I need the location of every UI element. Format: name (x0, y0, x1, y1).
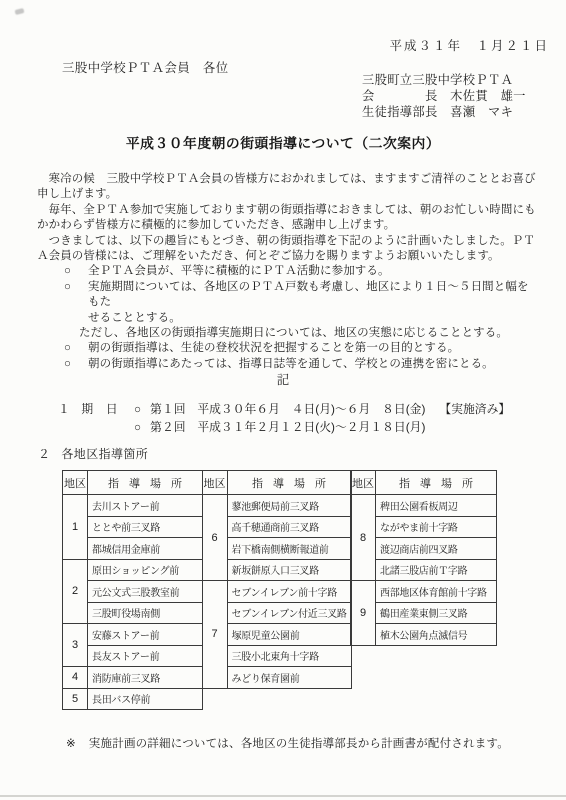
circle-bullet-icon: ○ (134, 420, 141, 434)
sender-block: 三股町立三股中学校ＰＴＡ 会 長 木佐貫 雄一 生徒指導部長 喜瀬 マキ (362, 73, 526, 120)
place-cell: 渡辺商店前四叉路 (376, 538, 497, 560)
place-cell: 原田ショッピング前 (88, 559, 203, 581)
round-status-note: 【実施済み】 (439, 402, 510, 416)
sender-president: 会 長 木佐貫 雄一 (362, 89, 526, 103)
place-cell: 消防庫前三叉路 (88, 667, 203, 689)
district-table-3: 地区指導場所8稗田公園看板周辺ながやま前十字路渡辺商店前四叉路北諸三股店前Ｔ字路… (350, 470, 497, 646)
body-text: 寒冷の候 三股中学校ＰＴＡ会員の皆様方におかれましては、ますますご清祥のこととお… (37, 172, 537, 372)
bullet-item: ○ 実施期間については、各地区のＰＴＡ戸数も考慮し、地区により１日～５日間と幅を… (37, 280, 537, 326)
table-row: 5長田バス停前 (63, 688, 203, 710)
round-text: 第１回 平成３０年６月 ４日(月)～６月 ８日(金) (150, 402, 425, 416)
place-cell: ととや前三叉路 (88, 516, 203, 538)
body-paragraph: つきましては、以下の趣旨にもとづき、朝の街頭指導を下記のように計画いたしました。… (37, 234, 537, 265)
table-header-row: 地区指導場所 (202, 471, 351, 495)
schedule-label: 期 日 (81, 402, 118, 416)
district-number: 8 (351, 495, 376, 581)
table-row: 4消防庫前三叉路 (63, 667, 203, 689)
table-header-row: 地区指導場所 (63, 471, 203, 495)
circle-bullet-icon: ○ (64, 280, 71, 295)
place-cell: 鶴田産業東側三叉路 (376, 602, 497, 624)
place-cell: セブンイレブン前十字路 (227, 581, 351, 603)
district-number: 9 (351, 581, 376, 646)
body-paragraph: 毎年、全ＰＴＡ参加で実施しております朝の街頭指導におきましては、朝のお忙しい時間… (37, 203, 537, 234)
scan-bottom-edge (0, 795, 566, 797)
place-cell: 植木公園角点滅信号 (376, 624, 497, 646)
schedule-round: ○第２回 平成３１年２月１２日(火)～２月１８日(月) (134, 418, 510, 436)
place-cell: みどり保育園前 (227, 667, 351, 689)
bullet-text: 実施期間については、各地区のＰＴＡ戸数も考慮し、地区により１日～５日間と幅をもた… (88, 280, 537, 326)
place-cell: セブンイレブン付近三叉路 (227, 602, 351, 624)
district-number: 7 (202, 581, 227, 689)
circle-bullet-icon: ○ (134, 402, 141, 416)
district-table-1: 地区指導場所1去川ストアー前ととや前三叉路都城信用金庫前2原田ショッピング前元公… (62, 470, 203, 710)
table-header-district: 地区 (202, 471, 227, 495)
district-number: 2 (63, 559, 88, 624)
place-cell: 北諸三股店前Ｔ字路 (376, 559, 497, 581)
scanned-document-page: 平成３１年 １月２１日 三股中学校ＰＴＡ会員 各位 三股町立三股中学校ＰＴＡ 会… (0, 0, 566, 800)
scan-speck (15, 8, 25, 15)
table-header-row: 地区指導場所 (351, 471, 497, 495)
place-cell: 長友ストアー前 (88, 645, 203, 667)
place-cell: 三股町役場南側 (88, 602, 203, 624)
district-number: 1 (63, 495, 88, 560)
place-cell: 都城信用金庫前 (88, 538, 203, 560)
place-cell: ながやま前十字路 (376, 516, 497, 538)
guidance-locations-tables: 地区指導場所1去川ストアー前ととや前三叉路都城信用金庫前2原田ショッピング前元公… (62, 470, 497, 710)
table-row: 8稗田公園看板周辺 (351, 495, 497, 517)
district-number: 6 (202, 495, 227, 581)
schedule-round: ○第１回 平成３０年６月 ４日(月)～６月 ８日(金)【実施済み】 (134, 400, 510, 418)
schedule-heading: １期 日 (58, 400, 134, 436)
bullet-text: 朝の街頭指導は、生徒の登校状況を把握することを第一の目的とする。 (88, 341, 537, 356)
table-row: 3安藤ストアー前 (63, 624, 203, 646)
date-line: 平成３１年 １月２１日 (389, 36, 549, 54)
district-table-2: 地区指導場所6蓼池郵便局前三叉路高千穂通商前三叉路岩下橋南側横断報道前新坂餅原入… (202, 470, 352, 689)
footnote: ※実施計画の詳細については、各地区の生徒指導部長から計画書が配付されます。 (66, 735, 509, 751)
place-cell: 三股小北東角十字路 (227, 645, 351, 667)
body-paragraph: 寒冷の候 三股中学校ＰＴＡ会員の皆様方におかれましては、ますますご清祥のこととお… (37, 172, 537, 203)
locations-label: 各地区指導箇所 (61, 447, 148, 461)
district-number: 3 (63, 624, 88, 667)
table-header-place: 指導場所 (88, 471, 203, 495)
footnote-text: 実施計画の詳細については、各地区の生徒指導部長から計画書が配付されます。 (89, 738, 509, 750)
place-cell: 塚原児童公園前 (227, 624, 351, 646)
circle-bullet-icon: ○ (64, 341, 71, 356)
table-row: 7セブンイレブン前十字路 (202, 581, 351, 603)
place-cell: 安藤ストアー前 (88, 624, 203, 646)
schedule-number: １ (58, 402, 70, 416)
locations-heading: ２各地区指導箇所 (38, 445, 148, 462)
place-cell: 西部地区体育館前十字路 (376, 581, 497, 603)
reference-mark-icon: ※ (66, 738, 76, 750)
document-title: 平成３０年度朝の街頭指導について（二次案内） (0, 132, 566, 152)
table-row: 2原田ショッピング前 (63, 559, 203, 581)
table-row: 6蓼池郵便局前三叉路 (202, 495, 351, 517)
schedule-section: １期 日 ○第１回 平成３０年６月 ４日(月)～６月 ８日(金)【実施済み】 ○… (58, 400, 510, 436)
locations-number: ２ (38, 447, 50, 461)
place-cell: 元公文式三股教室前 (88, 581, 203, 603)
place-cell: 蓼池郵便局前三叉路 (227, 495, 351, 517)
bullet-text: 全ＰＴＡ会員が、平等に積極的にＰＴＡ活動に参加する。 (88, 264, 537, 279)
place-cell: 新坂餅原入口三叉路 (227, 559, 351, 581)
recipient-line: 三股中学校ＰＴＡ会員 各位 (62, 58, 228, 76)
table-header-place: 指導場所 (376, 471, 497, 495)
round-text: 第２回 平成３１年２月１２日(火)～２月１８日(月) (150, 420, 425, 434)
table-header-place: 指導場所 (227, 471, 351, 495)
sender-organization: 三股町立三股中学校ＰＴＡ (362, 73, 513, 87)
record-marker: 記 (0, 370, 566, 388)
table-header-district: 地区 (63, 471, 88, 495)
schedule-rounds: ○第１回 平成３０年６月 ４日(月)～６月 ８日(金)【実施済み】 ○第２回 平… (134, 400, 510, 436)
district-number: 4 (63, 667, 88, 689)
place-cell: 高千穂通商前三叉路 (227, 516, 351, 538)
table-row: 1去川ストアー前 (63, 495, 203, 517)
table-header-district: 地区 (351, 471, 376, 495)
bullet-item: ○ 朝の街頭指導は、生徒の登校状況を把握することを第一の目的とする。 (37, 341, 537, 356)
place-cell: 去川ストアー前 (88, 495, 203, 517)
sender-director: 生徒指導部長 喜瀬 マキ (362, 105, 513, 119)
bullet-item: ○ 全ＰＴＡ会員が、平等に積極的にＰＴＡ活動に参加する。 (37, 264, 537, 279)
place-cell: 稗田公園看板周辺 (376, 495, 497, 517)
place-cell: 長田バス停前 (88, 688, 203, 710)
table-row: 9西部地区体育館前十字路 (351, 581, 497, 603)
place-cell: 岩下橋南側横断報道前 (227, 538, 351, 560)
bullet-subtext: ただし、各地区の街頭指導実施期日については、地区の実態に応じることとする。 (37, 326, 537, 341)
circle-bullet-icon: ○ (64, 264, 71, 279)
district-number: 5 (63, 688, 88, 710)
